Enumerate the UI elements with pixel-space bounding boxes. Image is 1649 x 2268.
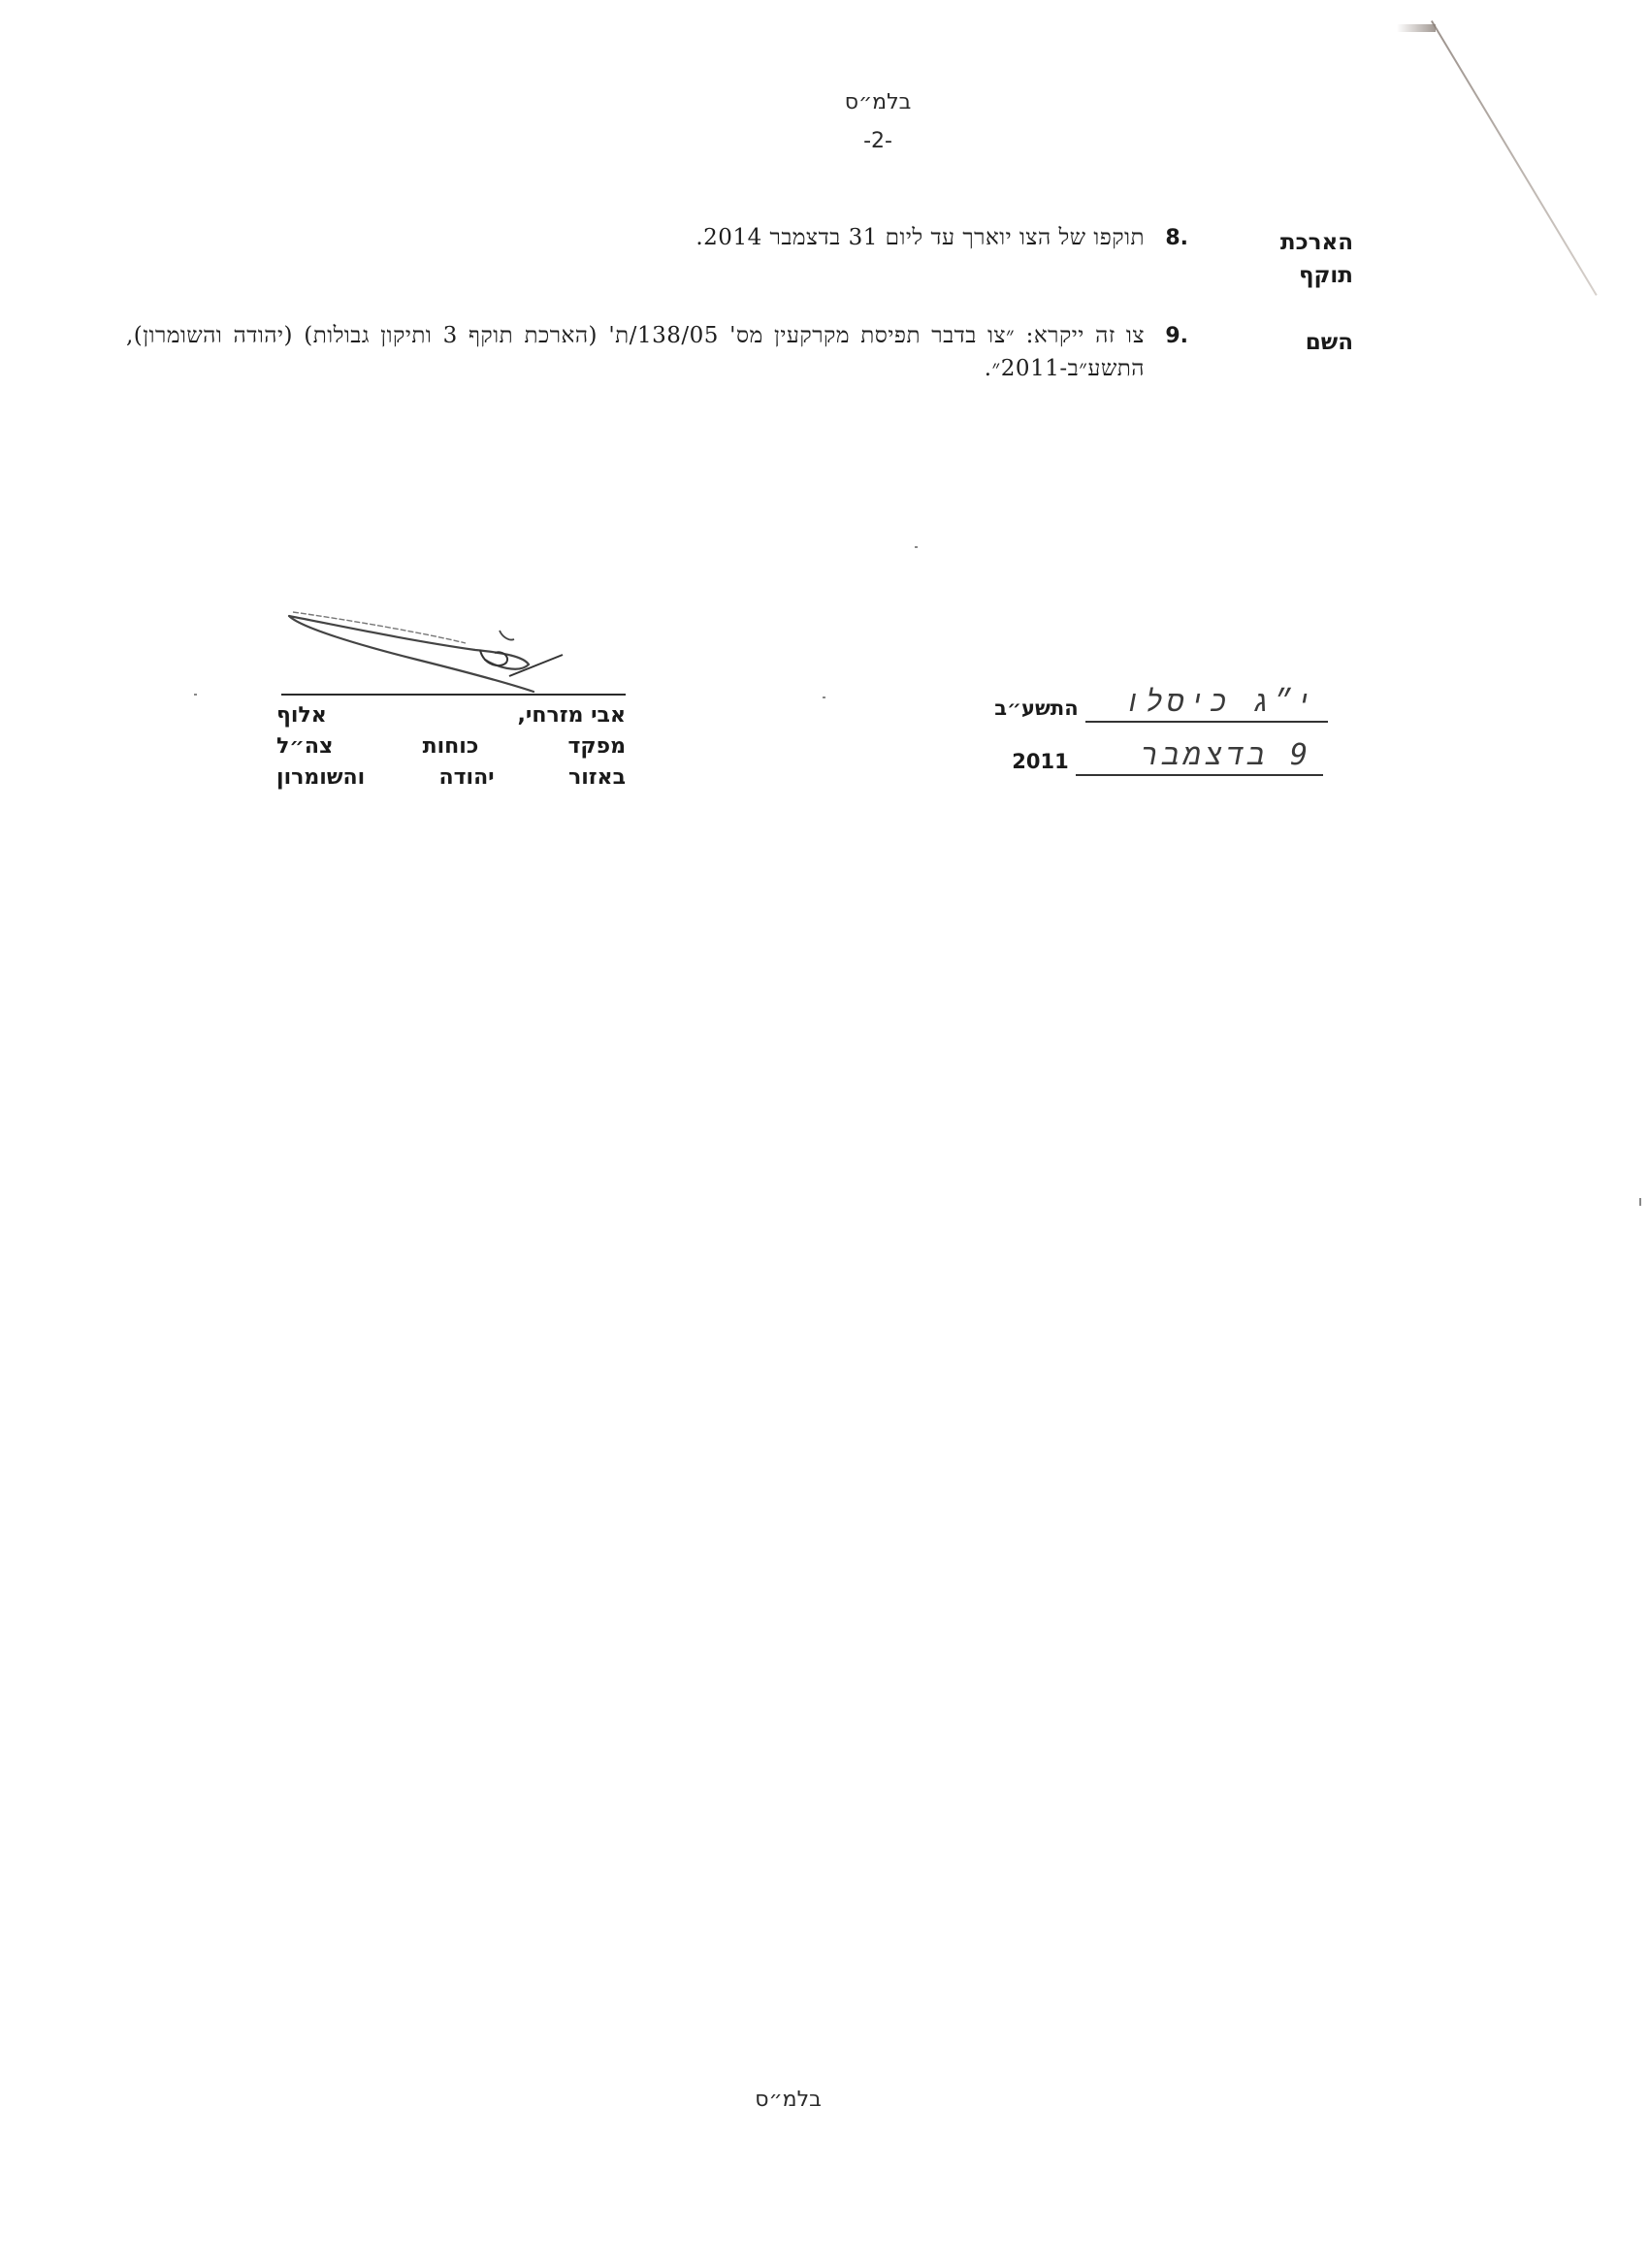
document-page: בלמ״ס -2- הארכת תוקף .8 תוקפו של הצו יוא… [0,0,1649,2268]
signatory-rank: אלוף [276,700,327,731]
signatory-title-row: מפקד כוחות צה״ל [276,731,626,762]
scan-speck [194,694,197,696]
signatory-name-row: אבי מזרחי, אלוף [276,700,626,731]
handwritten-signature [281,606,572,694]
margin-title-line: השם [1237,326,1353,359]
scan-speck [915,546,918,548]
clause-8-text: תוקפו של הצו יוארך עד ליום 31 בדצמבר 201… [563,221,1145,254]
scan-speck [823,697,825,698]
signatory-name: אבי מזרחי, [518,700,627,731]
signature-line [281,694,626,696]
clause-9-number: .9 [1149,324,1188,348]
header-classification: בלמ״ס [0,90,1649,114]
clause-8-number: .8 [1149,226,1188,250]
folded-corner-edge-diagonal [1431,20,1598,296]
scan-speck [1639,1198,1641,1206]
hebrew-date-handwritten: י״ג כיסלו [1085,684,1328,723]
margin-title-line: תוקף [1237,259,1353,292]
gregorian-year: 2011 [1012,750,1068,773]
gregorian-date-handwritten: 9 בדצמבר [1076,737,1323,776]
hebrew-year: התשע״ב [994,697,1078,720]
signatory-region-word: יהודה [438,762,494,794]
footer-classification: בלמ״ס [0,2088,1649,2112]
signatory-title-word: כוחות [423,731,479,762]
folded-corner-edge [1397,24,1436,32]
clause-8-margin-title: הארכת תוקף [1237,226,1353,292]
clause-9-text: צו זה ייקרא: ״צו בדבר תפיסת מקרקעין מס' … [126,319,1145,385]
signatory-title-word: מפקד [567,731,626,762]
signatory-title-word: צה״ל [276,731,333,762]
hebrew-date-row: י״ג כיסלו התשע״ב [994,684,1334,723]
signatory-region-word: והשומרון [276,762,365,794]
margin-title-line: הארכת [1237,226,1353,259]
gregorian-date-row: 9 בדצמבר 2011 [1012,737,1329,776]
signatory-region-row: באזור יהודה והשומרון [276,762,626,794]
signatory-region-word: באזור [568,762,626,794]
page-number: -2- [0,129,1649,153]
clause-9-margin-title: השם [1237,326,1353,359]
signatory-block: אבי מזרחי, אלוף מפקד כוחות צה״ל באזור יה… [276,700,626,794]
